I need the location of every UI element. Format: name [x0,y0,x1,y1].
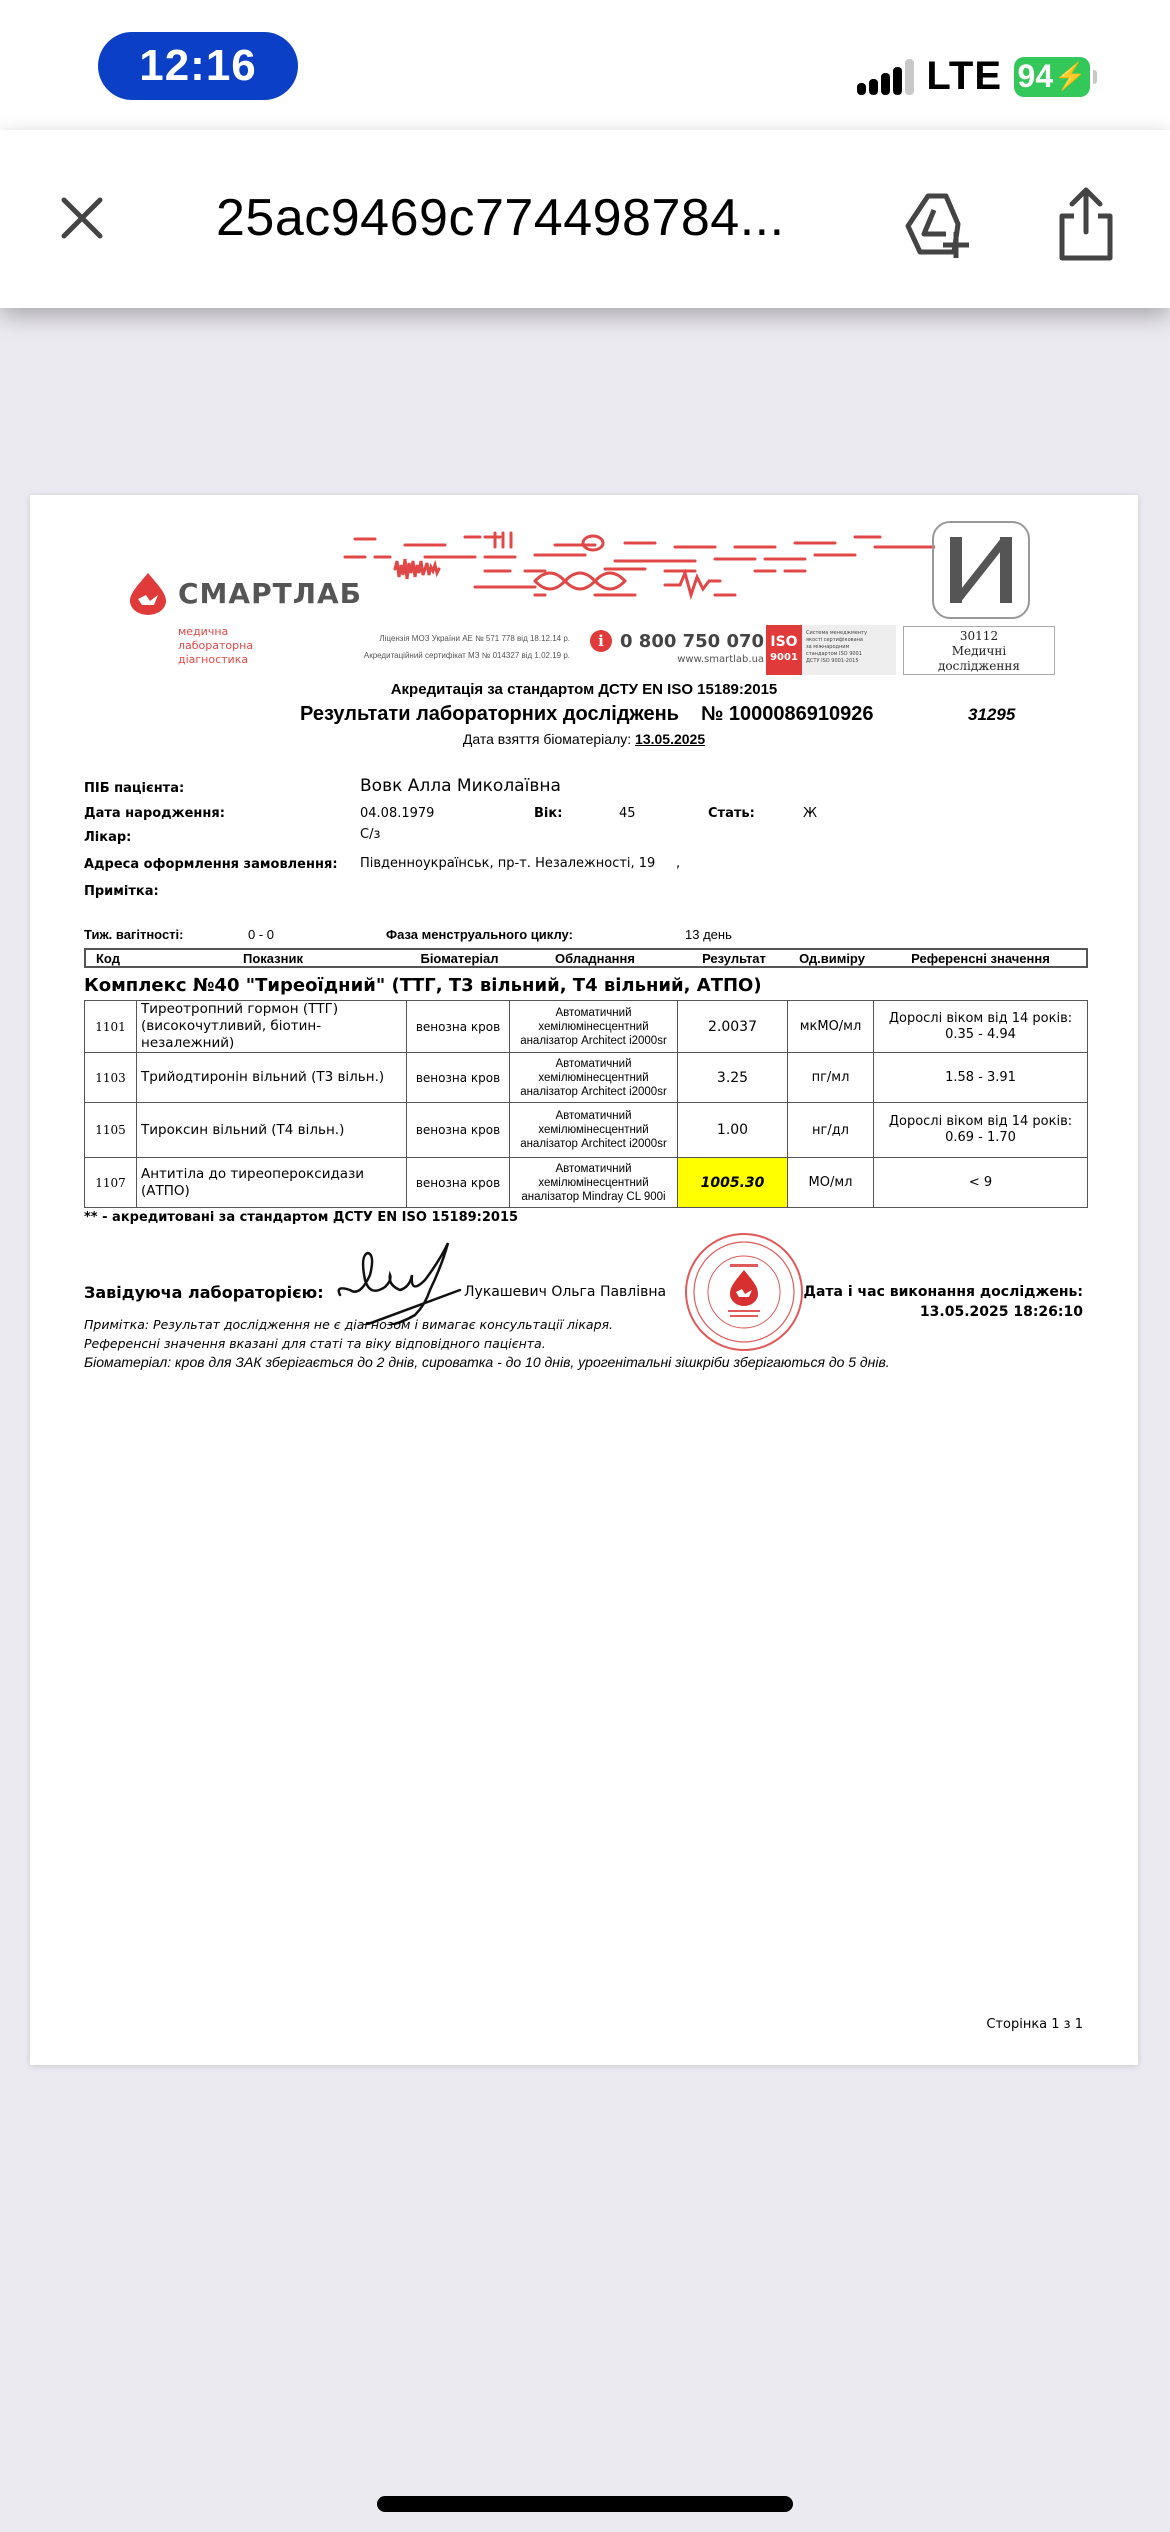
markup-add-icon [902,190,978,260]
result-value: 2.0037 [678,1001,788,1053]
equipment: Автоматичний хемілюмінесцентний аналізат… [510,1053,678,1103]
sex-label: Стать: [708,806,755,821]
unit: нг/дл [788,1103,874,1158]
test-code: 1105 [85,1103,137,1158]
note-label: Примітка: [84,884,159,899]
results-table-header: Код Показник Біоматеріал Обладнання Резу… [84,948,1088,968]
share-button[interactable] [1056,186,1116,262]
national-accreditation-logo [932,521,1030,619]
table-row: 1103Трийодтиронін вільний (Т3 вільн.)вен… [85,1053,1088,1103]
table-row: 1107Антитіла до тиреопероксидази (АТПО)в… [85,1158,1088,1208]
signal-icon [857,59,914,95]
test-name: Тироксин вільний (Т4 вільн.) [137,1103,407,1158]
equipment: Автоматичний хемілюмінесцентний аналізат… [510,1001,678,1053]
iso-badge-icon: ISO9001 [766,625,802,675]
equipment: Автоматичний хемілюмінесцентний аналізат… [510,1103,678,1158]
network-type: LTE [926,54,1002,99]
blood-drop-logo-icon [128,571,168,615]
smartlab-logo: СМАРТЛАБ медична лабораторна діагностика [128,571,362,667]
result-value: 3.25 [678,1053,788,1103]
status-bar: 12:16 LTE 94⚡ [0,0,1170,130]
signature-image [330,1235,470,1325]
accreditation-line: Акредитація за стандартом ДСТУ EN ISO 15… [30,681,1138,698]
na-emblem-icon [934,523,1028,617]
cycle-label: Фаза менструального циклу: [386,927,573,942]
age-value: 45 [619,806,636,821]
accreditation-footnote: ** - акредитовані за стандартом ДСТУ EN … [84,1210,518,1225]
results-table: 1101Тиреотропний гормон (ТТГ) (високочут… [84,1000,1088,1208]
equipment: Автоматичний хемілюмінесцентний аналізат… [510,1158,678,1208]
test-name: Тиреотропний гормон (ТТГ) (високочутливи… [137,1001,407,1053]
page-indicator: Сторінка 1 з 1 [986,2017,1083,2032]
lab-head-label: Завідуюча лабораторією: [84,1283,324,1302]
address-value: Південноукраїнськ, пр-т. Незалежності, 1… [360,856,680,871]
markup-button[interactable] [902,190,978,260]
hotline-phone: 0 800 750 070 [620,631,764,652]
complex-title: Комплекс №40 "Тиреоїдний" (ТТГ, Т3 вільн… [84,975,762,996]
unit: мкМО/мл [788,1001,874,1053]
info-icon: i [590,630,612,652]
reference-range: 1.58 - 3.91 [874,1053,1088,1103]
patient-name-label: ПІБ пацієнта: [84,781,184,796]
pdf-page[interactable]: СМАРТЛАБ медична лабораторна діагностика… [30,495,1138,2065]
iso-certification: ISO9001 Система менеджменту якості серти… [766,625,896,675]
reference-range: Дорослі віком від 14 років: 0.35 - 4.94 [874,1001,1088,1053]
license-info: Ліцензія МОЗ України АЕ № 571 778 від 18… [330,630,570,664]
contact-block: i 0 800 750 070 www.smartlab.ua [590,630,764,665]
table-row: 1105Тироксин вільний (Т4 вільн.)венозна … [85,1103,1088,1158]
test-code: 1107 [85,1158,137,1208]
close-button[interactable] [52,188,112,248]
cycle-value: 13 день [685,927,732,942]
unit: пг/мл [788,1053,874,1103]
sex-value: Ж [803,806,817,821]
dob-label: Дата народження: [84,806,225,821]
home-indicator[interactable] [377,2496,793,2512]
report-title: Результати лабораторних досліджень№ 1000… [300,703,873,726]
lab-head-name: Лукашевич Ольга Павлівна [464,1284,666,1300]
pregnancy-row: Тиж. вагітності: [84,927,183,942]
dob-value: 04.08.1979 [360,806,434,821]
status-indicators: LTE 94⚡ [857,54,1090,99]
website: www.smartlab.ua [590,654,764,665]
table-row: 1101Тиреотропний гормон (ТТГ) (високочут… [85,1001,1088,1053]
test-name: Антитіла до тиреопероксидази (АТПО) [137,1158,407,1208]
test-code: 1101 [85,1001,137,1053]
doctor-value: С/з [360,827,380,842]
age-label: Вік: [534,806,562,821]
reference-range: Дорослі віком від 14 років: 0.69 - 1.70 [874,1103,1088,1158]
patient-name: Вовк Алла Миколаївна [360,776,561,796]
test-code: 1103 [85,1053,137,1103]
test-name: Трийодтиронін вільний (Т3 вільн.) [137,1053,407,1103]
report-notes: Примітка: Результат дослідження не є діа… [84,1315,890,1372]
accreditation-code-box: 30112 Медичні дослідження [903,626,1055,675]
result-value: 1005.30 [678,1158,788,1208]
side-code: 31295 [968,705,1015,725]
sample-date-line: Дата взяття біоматеріалу: 13.05.2025 [30,731,1138,747]
iso-text: Система менеджменту якості сертифікована… [802,625,871,675]
order-number: № 1000086910926 [701,703,873,725]
clock: 12:16 [98,32,298,100]
close-icon [52,188,112,248]
biomaterial: венозна кров [407,1158,510,1208]
biomaterial: венозна кров [407,1103,510,1158]
result-value: 1.00 [678,1103,788,1158]
biomaterial: венозна кров [407,1001,510,1053]
unit: МО/мл [788,1158,874,1208]
doctor-label: Лікар: [84,830,131,845]
address-label: Адреса оформлення замовлення: [84,857,338,872]
sample-date: 13.05.2025 [635,731,705,747]
document-viewer-toolbar: 25ac9469c774498784... [0,130,1170,308]
lab-decoration-graphic [335,525,935,635]
share-icon [1056,186,1116,262]
charging-bolt-icon: ⚡ [1054,61,1086,92]
document-title: 25ac9469c774498784... [216,188,785,248]
pregnancy-value: 0 - 0 [248,927,274,942]
biomaterial: венозна кров [407,1053,510,1103]
reference-range: < 9 [874,1158,1088,1208]
battery-icon: 94⚡ [1014,57,1090,97]
battery-percent: 94 [1018,58,1054,95]
